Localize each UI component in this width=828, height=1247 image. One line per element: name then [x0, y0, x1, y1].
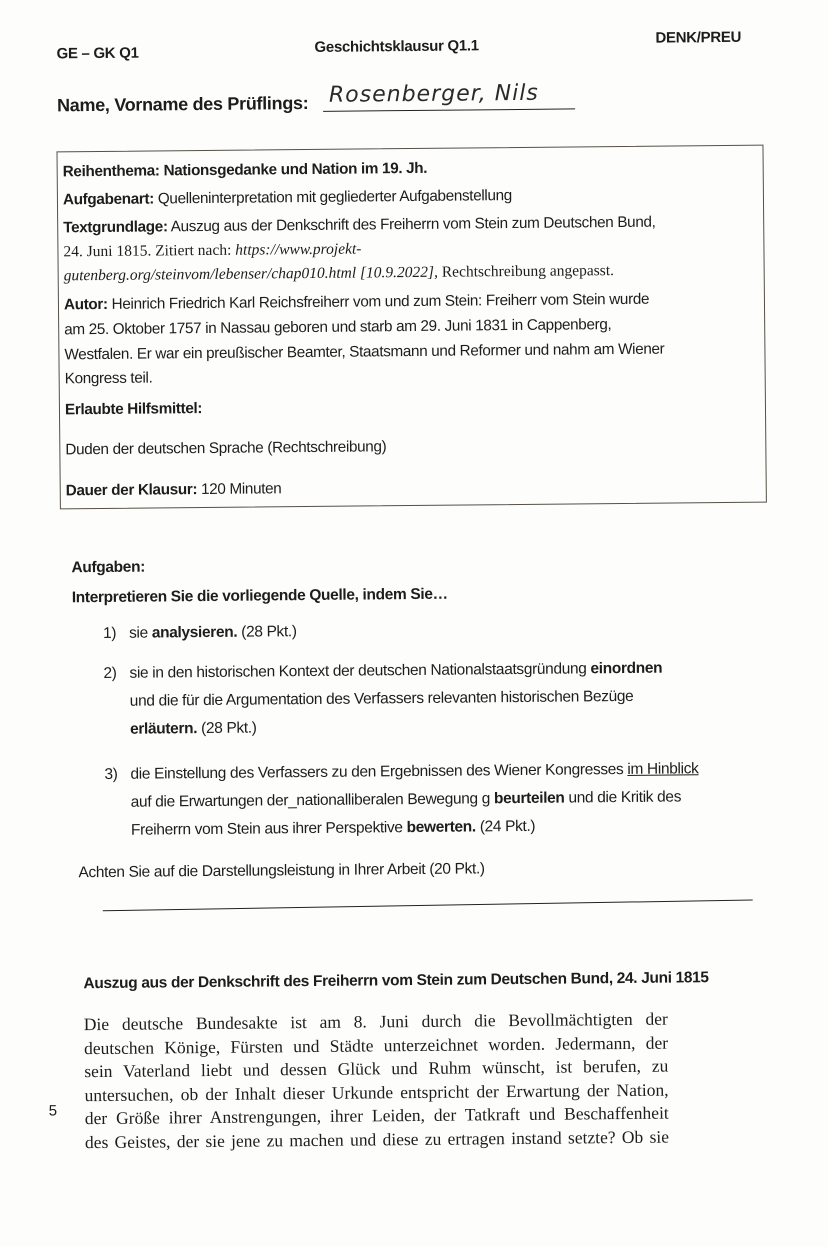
citation-url-part2: gutenberg.org/steinvom/lebenser/chap010.… — [64, 264, 435, 285]
task-text: die Einstellung des Verfassers zu den Er… — [130, 761, 627, 783]
hilfsmittel-label: Erlaubte Hilfsmittel: — [65, 397, 202, 422]
task-operator: beurteilen — [494, 790, 565, 808]
name-label: Name, Vorname des Prüflings: — [57, 93, 309, 116]
aufgabenart-value: Quelleninterpretation mit gegliederter A… — [158, 187, 512, 207]
textgrundlage-label: Textgrundlage: — [63, 218, 168, 236]
autor-text-1: Heinrich Friedrich Karl Reichsfreiherr v… — [112, 291, 650, 313]
citation-suffix: , Rechtschreibung angepasst. — [434, 262, 614, 281]
task-number: 1) — [103, 619, 129, 648]
citation-prefix: 24. Juni 1815. Zitiert nach: — [63, 242, 231, 261]
darstellung-note: Achten Sie auf die Darstellungsleistung … — [78, 854, 485, 887]
line-number-marker: 5 — [49, 1102, 58, 1119]
section-divider — [103, 899, 753, 911]
textgrundlage-line2: 24. Juni 1815. Zitiert nach: https://www… — [63, 237, 361, 264]
task-text: sie — [129, 625, 152, 642]
task-operator: einordnen — [590, 660, 662, 678]
task-1: 1)sie analysieren. (28 Pkt.) — [103, 617, 297, 648]
task-2-line3: erläutern. (28 Pkt.) — [130, 714, 257, 744]
dauer-value: 120 Minuten — [201, 480, 282, 498]
task-underlined-phrase: im Hinblick — [627, 760, 698, 778]
task-3-line3: Freiherrn vom Stein aus ihrer Perspektiv… — [131, 812, 535, 845]
task-text: und die Kritik des — [564, 788, 681, 806]
name-value: Rosenberger, Nils — [329, 81, 539, 108]
task-text: Freiherrn vom Stein aus ihrer Perspektiv… — [131, 819, 407, 839]
source-title: Auszug aus der Denkschrift des Freiherrn… — [83, 969, 708, 993]
aufgabenart-label: Aufgabenart: — [63, 190, 154, 208]
hilfsmittel-value: Duden der deutschen Sprache (Rechtschrei… — [65, 435, 386, 462]
name-input[interactable]: Rosenberger, Nils — [323, 86, 575, 111]
task-3-line2: auf die Erwartungen der_nationalliberale… — [131, 782, 682, 816]
task-text: auf die Erwartungen der_nationalliberale… — [131, 790, 494, 810]
task-points: (24 Pkt.) — [476, 818, 536, 836]
task-operator: erläutern. — [130, 720, 197, 738]
task-text: sie in den historischen Kontext der deut… — [129, 660, 590, 681]
task-number: 3) — [104, 760, 130, 789]
exam-page: GE – GK Q1 Geschichtsklausur Q1.1 DENK/P… — [0, 0, 828, 1247]
task-2-line2: und die für die Argumentation des Verfas… — [130, 682, 634, 716]
source-text: Die deutsche Bundesakte ist am 8. Juni d… — [84, 1008, 669, 1155]
task-operator: bewerten. — [407, 818, 476, 836]
teacher-code: DENK/PREU — [655, 29, 741, 47]
source-line: des Geistes, der sie jene zu machen und … — [85, 1126, 669, 1155]
task-number: 2) — [103, 659, 129, 688]
course-label: GE – GK Q1 — [56, 45, 138, 63]
exam-title: Geschichtsklausur Q1.1 — [314, 37, 478, 56]
dauer-label: Dauer der Klausur: — [66, 481, 198, 499]
task-points: (28 Pkt.) — [197, 720, 257, 738]
reihenthema: Reihenthema: Nationsgedanke und Nation i… — [63, 157, 428, 184]
task-points: (28 Pkt.) — [237, 623, 297, 641]
aufgabenart: Aufgabenart: Quelleninterpretation mit g… — [63, 184, 512, 212]
autor-label: Autor: — [64, 296, 108, 313]
tasks-intro: Interpretieren Sie die vorliegende Quell… — [72, 580, 448, 613]
task-operator: analysieren. — [152, 624, 238, 642]
textgrundlage-line1: Auszug aus der Denkschrift des Freiherrn… — [171, 214, 656, 236]
tasks-heading: Aufgaben: — [71, 553, 145, 583]
dauer: Dauer der Klausur: 120 Minuten — [66, 477, 282, 503]
autor-line4: Kongress teil. — [65, 367, 153, 392]
citation-url-part1: https://www.projekt- — [235, 240, 361, 258]
